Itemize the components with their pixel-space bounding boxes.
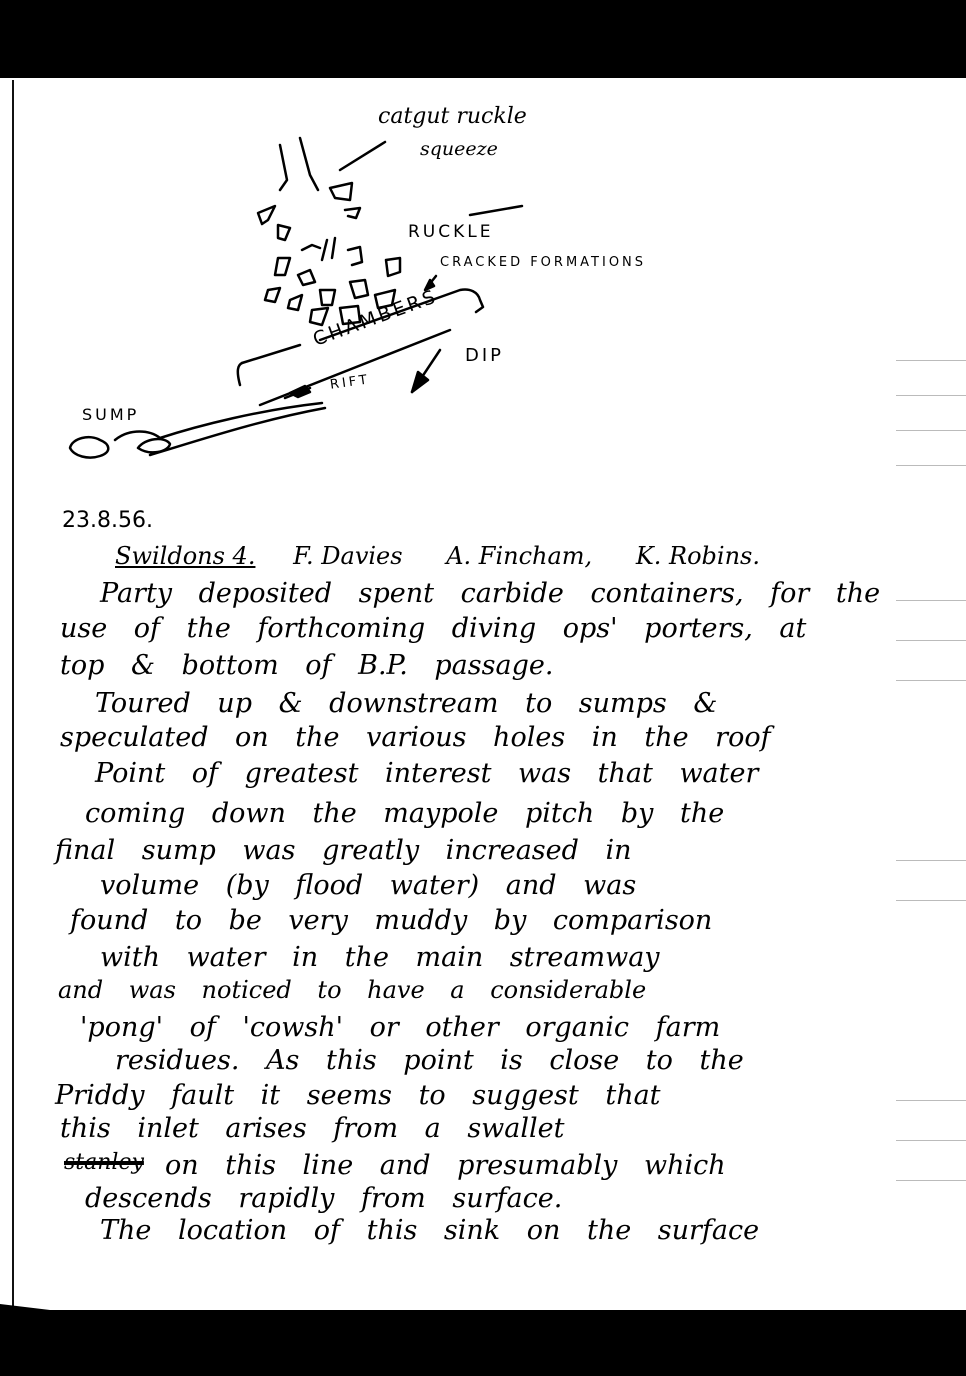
sketch-label-ruckle: RUCKLE bbox=[408, 222, 494, 242]
entry-line: speculated on the various holes in the r… bbox=[60, 722, 771, 753]
entry-line: descends rapidly from surface. bbox=[85, 1183, 562, 1214]
entry-line: top & bottom of B.P. passage. bbox=[60, 650, 553, 681]
entry-line: found to be very muddy by comparison bbox=[70, 905, 712, 936]
ruled-line bbox=[896, 860, 966, 861]
entry-line: this inlet arises from a swallet bbox=[60, 1113, 564, 1144]
sketch-label-catgut-ruckle: catgut ruckle bbox=[378, 104, 527, 129]
ruled-line bbox=[896, 900, 966, 901]
sketch-label-dip: DIP bbox=[465, 345, 504, 366]
party-member: F. Davies bbox=[293, 542, 402, 570]
ruled-line bbox=[896, 680, 966, 681]
party-member: A. Fincham, bbox=[446, 542, 592, 570]
ruled-line bbox=[896, 1180, 966, 1181]
entry-line: volume (by flood water) and was bbox=[100, 870, 636, 901]
party-member: K. Robins. bbox=[636, 542, 760, 570]
ruled-line bbox=[896, 640, 966, 641]
entry-line: final sump was greatly increased in bbox=[55, 835, 632, 866]
entry-line: Point of greatest interest was that wate… bbox=[95, 758, 758, 789]
entry-line: with water in the main streamway bbox=[100, 942, 660, 973]
struck-through-word: stanley bbox=[64, 1150, 144, 1175]
entry-line: The location of this sink on the surface bbox=[100, 1215, 759, 1246]
entry-line: on this line and presumably which bbox=[165, 1150, 726, 1181]
entry-title: Swildons 4. F. Davies A. Fincham, K. Rob… bbox=[115, 542, 796, 570]
cave-survey-sketch: catgut ruckle squeeze RUCKLE CRACKED FOR… bbox=[0, 0, 966, 480]
ruled-line bbox=[896, 600, 966, 601]
entry-line: coming down the maypole pitch by the bbox=[85, 798, 724, 829]
entry-line: use of the forthcoming diving ops' porte… bbox=[60, 613, 806, 644]
entry-line: 'pong' of 'cowsh' or other organic farm bbox=[80, 1012, 720, 1043]
ruled-line bbox=[896, 1100, 966, 1101]
entry-line: Priddy fault it seems to suggest that bbox=[55, 1080, 661, 1111]
sketch-label-squeeze: squeeze bbox=[420, 138, 498, 160]
entry-line: residues. As this point is close to the bbox=[115, 1045, 744, 1076]
entry-line: and was noticed to have a considerable bbox=[58, 976, 646, 1004]
entry-date: 23.8.56. bbox=[62, 508, 153, 533]
sketch-label-cracked-formations: CRACKED FORMATIONS bbox=[440, 255, 646, 270]
scan-bottom-border bbox=[0, 1286, 966, 1376]
ruled-line bbox=[896, 1140, 966, 1141]
entry-line: Toured up & downstream to sumps & bbox=[95, 688, 717, 719]
sketch-label-sump: SUMP bbox=[82, 405, 139, 424]
entry-line: Party deposited spent carbide containers… bbox=[100, 578, 880, 609]
cave-name: Swildons 4. bbox=[115, 542, 255, 570]
